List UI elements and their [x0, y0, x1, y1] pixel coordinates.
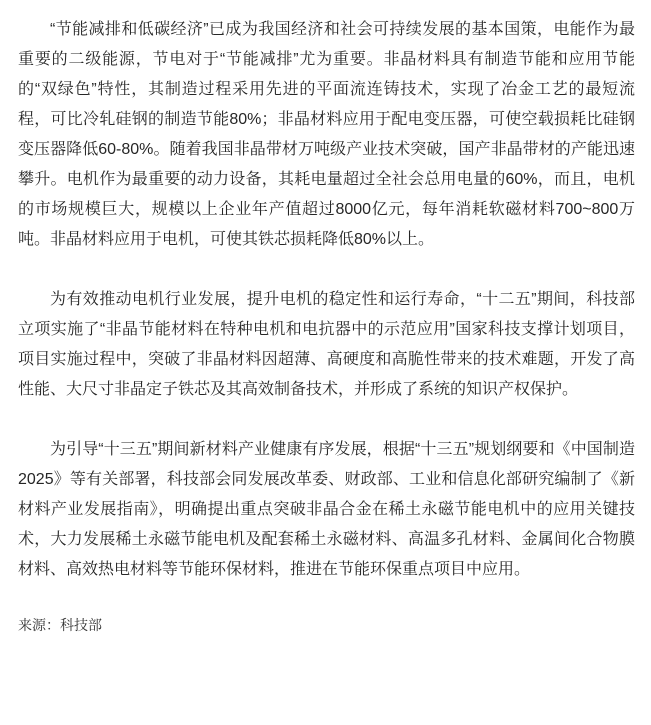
source-label: 来源：科技部	[18, 615, 635, 635]
paragraph-motor-industry-program: 为有效推动电机行业发展，提升电机的稳定性和运行寿命，“十二五”期间，科技部立项实…	[18, 285, 635, 405]
paragraph-new-materials-guide: 为引导“十三五”期间新材料产业健康有序发展，根据“十三五”规划纲要和《中国制造2…	[18, 435, 635, 585]
article-body: “节能减排和低碳经济”已成为我国经济和社会可持续发展的基本国策，电能作为最重要的…	[0, 0, 651, 635]
paragraph-energy-saving-policy: “节能减排和低碳经济”已成为我国经济和社会可持续发展的基本国策，电能作为最重要的…	[18, 15, 635, 255]
